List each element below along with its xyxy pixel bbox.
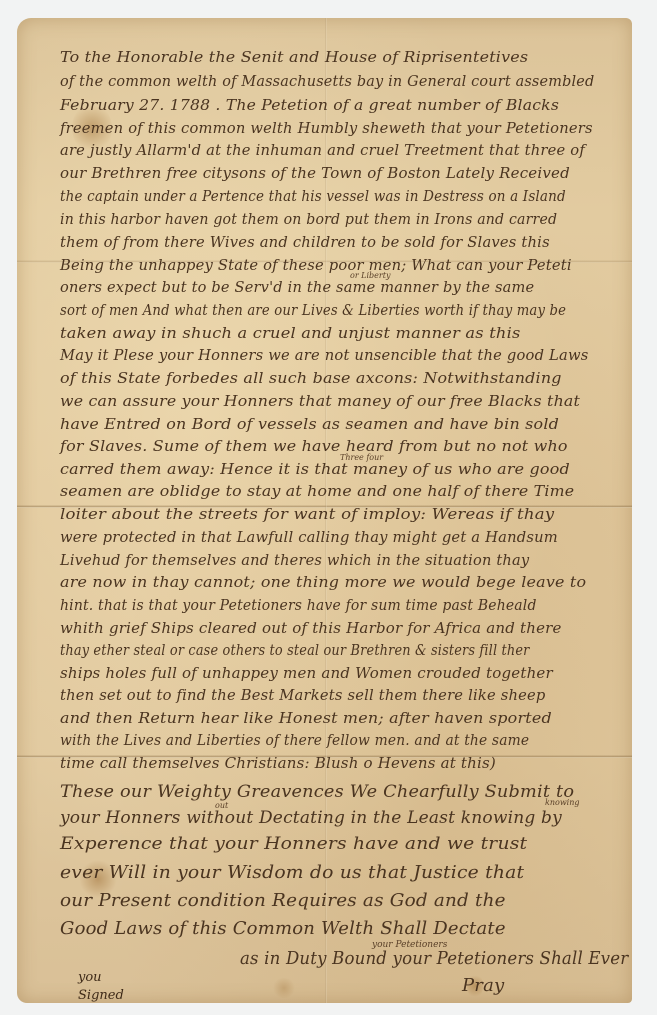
- text-line: Experence that your Honners have and we …: [60, 834, 527, 854]
- text-line: them of from there Wives and children to…: [60, 233, 550, 251]
- text-line: oners expect but to be Serv'd in the sam…: [60, 278, 534, 296]
- text-line: were protected in that Lawfull calling t…: [60, 528, 558, 546]
- stain: [272, 978, 296, 998]
- text-line: Livehud for themselves and theres which …: [60, 551, 529, 569]
- text-line: loiter about the streets for want of imp…: [60, 505, 554, 523]
- text-line: in this harbor haven got them on bord pu…: [60, 210, 557, 228]
- text-line: ships holes full of unhappey men and Wom…: [60, 664, 553, 682]
- text-line: we can assure your Honners that maney of…: [60, 392, 580, 410]
- text-line: taken away in shuch a cruel and unjust m…: [60, 324, 521, 342]
- text-line: time call themselves Christians: Blush o…: [60, 754, 496, 772]
- text-line: are now in thay cannot; one thing more w…: [60, 573, 586, 591]
- text-line: the captain under a Pertence that his ve…: [60, 187, 566, 205]
- text-line: whith grief Ships cleared out of this Ha…: [60, 619, 562, 637]
- text-line: with the Lives and Liberties of there fe…: [60, 731, 529, 749]
- text-line: as in Duty Bound your Petetioners Shall …: [240, 948, 628, 969]
- text-line: of this State forbedes all such base axc…: [60, 369, 562, 387]
- text-line: February 27. 1788 . The Petetion of a gr…: [60, 96, 559, 114]
- text-line: seamen are oblidge to stay at home and o…: [60, 482, 574, 500]
- text-line: To the Honorable the Senit and House of …: [60, 48, 528, 66]
- text-line: Being the unhappey State of these poor m…: [60, 256, 572, 274]
- text-line: May it Plese your Honners we are not uns…: [60, 346, 588, 364]
- signed-label: Signed: [78, 988, 124, 1003]
- text-line: sort of men And what then are our Lives …: [60, 301, 566, 319]
- text-line: thay ether steal or case others to steal…: [60, 641, 530, 659]
- text-line: our Brethren free citysons of the Town o…: [60, 164, 570, 182]
- text-line: your Honners without Dectating in the Le…: [60, 808, 562, 828]
- text-line: Good Laws of this Common Welth Shall Dec…: [60, 918, 506, 939]
- text-line: of the common welth of Massachusetts bay…: [60, 72, 594, 90]
- text-line: have Entred on Bord of vessels as seamen…: [60, 415, 559, 433]
- text-line: then set out to find the Best Markets se…: [60, 686, 546, 704]
- text-line: for Slaves. Sume of them we have heard f…: [60, 437, 568, 455]
- text-line: carred them away: Hence it is that maney…: [60, 460, 570, 478]
- text-line: ever Will in your Wisdom do us that Just…: [60, 862, 524, 883]
- text-line: are justly Allarm'd at the inhuman and c…: [60, 141, 585, 159]
- interlineation: knowing: [545, 798, 580, 807]
- text-line: Pray: [462, 975, 504, 996]
- interlineation: or Liberty: [350, 271, 390, 280]
- text-line: our Present condition Requires as God an…: [60, 890, 506, 911]
- text-line: and then Return hear like Honest men; af…: [60, 709, 552, 727]
- text-line: hint. that is that your Petetioners have…: [60, 596, 537, 614]
- text-line: These our Weighty Greavences We Chearful…: [60, 782, 574, 802]
- text-line: freemen of this common welth Humbly shew…: [60, 119, 593, 137]
- interlineation: Three four: [340, 453, 383, 462]
- signature-marker: you: [78, 970, 102, 985]
